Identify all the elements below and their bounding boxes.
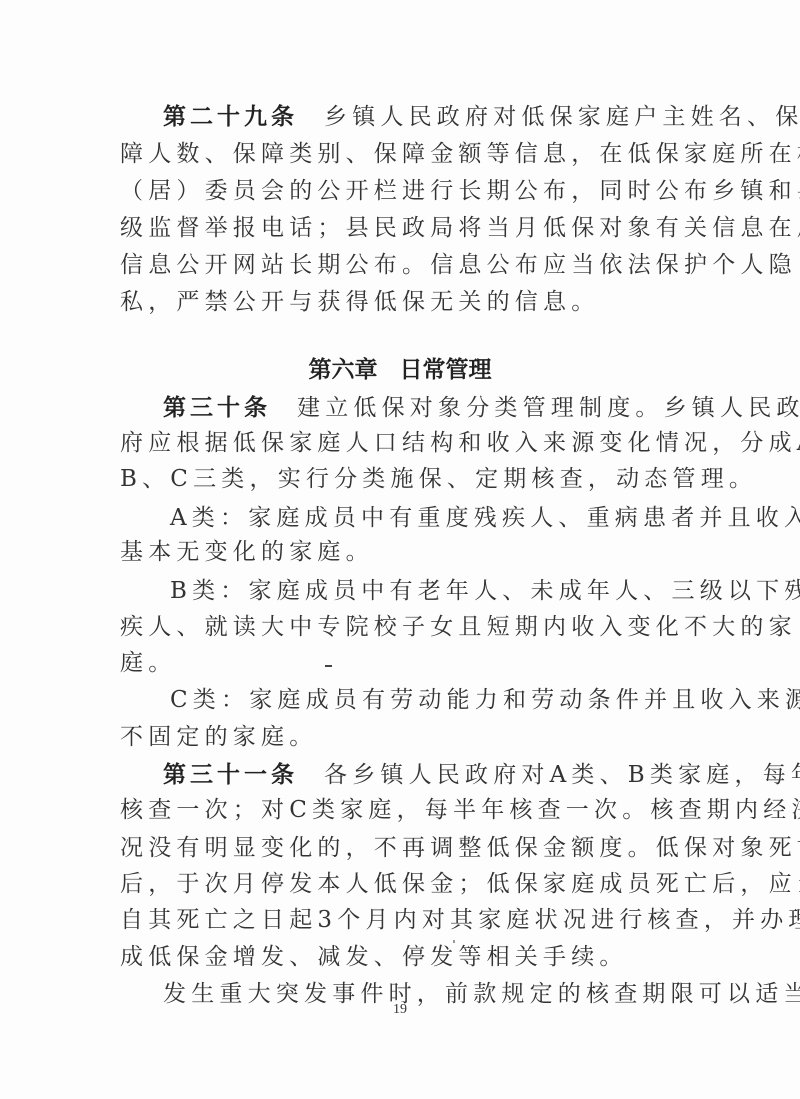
article-29-heading: 第二十九条 [163, 104, 298, 130]
chapter-number: 第六章 [309, 357, 378, 383]
article-30-line-3: B、C三类，实行分类施保、定期核查，动态管理。 [120, 461, 665, 497]
category-b-line-2: 疾人、就读大中专院校子女且短期内收入变化不大的家 [120, 609, 665, 645]
scan-artifact-mark [325, 665, 332, 667]
article-29-line-5: 信息公开网站长期公布。信息公布应当依法保护个人隐 [120, 247, 665, 283]
article-31-line-5: 自其死亡之日起3个月内对其家庭状况进行核查，并办理完 [120, 902, 665, 938]
category-a-line-2: 基本无变化的家庭。 [120, 534, 665, 570]
chapter-name: 日常管理 [400, 357, 492, 383]
article-29-line-3: （居）委员会的公开栏进行长期公布，同时公布乡镇和县 [120, 173, 665, 209]
page-number: 19 [0, 1002, 800, 1018]
article-30-text: 建立低保对象分类管理制度。乡镇人民政 [297, 395, 800, 421]
chapter-title: 第六章日常管理 [0, 352, 800, 388]
article-31-heading: 第三十一条 [163, 762, 298, 788]
article-29-line-1: 第二十九条乡镇人民政府对低保家庭户主姓名、保 [163, 99, 665, 135]
category-b-line-3: 庭。 [120, 645, 665, 681]
article-29-text: 乡镇人民政府对低保家庭户主姓名、保 [324, 104, 800, 130]
scan-artifact-dot [453, 940, 455, 943]
article-29-line-2: 障人数、保障类别、保障金额等信息，在低保家庭所在村 [120, 136, 665, 172]
article-31-line-1: 第三十一条各乡镇人民政府对A类、B类家庭，每年 [163, 757, 665, 793]
article-30-line-1: 第三十条建立低保对象分类管理制度。乡镇人民政 [163, 390, 665, 426]
category-b-line-1: B类：家庭成员中有老年人、未成年人、三级以下残 [170, 573, 665, 609]
category-c-line-2: 不固定的家庭。 [120, 719, 665, 755]
category-a-line-1: A类：家庭成员中有重度残疾人、重病患者并且收入 [170, 500, 665, 536]
article-31-line-6: 成低保金增发、减发、停发等相关手续。 [120, 939, 665, 975]
category-c-line-1: C类：家庭成员有劳动能力和劳动条件并且收入来源 [170, 682, 665, 718]
article-31-line-2: 核查一次；对C类家庭，每半年核查一次。核查期内经济状 [120, 792, 665, 828]
article-29-line-6: 私，严禁公开与获得低保无关的信息。 [120, 284, 665, 320]
article-31-line-4: 后，于次月停发本人低保金；低保家庭成员死亡后，应当 [120, 866, 665, 902]
article-30-heading: 第三十条 [163, 395, 271, 421]
article-30-line-2: 府应根据低保家庭人口结构和收入来源变化情况，分成A、 [120, 425, 665, 461]
article-29-line-4: 级监督举报电话；县民政局将当月低保对象有关信息在局 [120, 210, 665, 246]
article-31-text: 各乡镇人民政府对A类、B类家庭，每年 [324, 762, 800, 788]
article-31-line-3: 况没有明显变化的，不再调整低保金额度。低保对象死亡 [120, 830, 665, 866]
document-page: 第二十九条乡镇人民政府对低保家庭户主姓名、保 障人数、保障类别、保障金额等信息，… [0, 0, 800, 1099]
